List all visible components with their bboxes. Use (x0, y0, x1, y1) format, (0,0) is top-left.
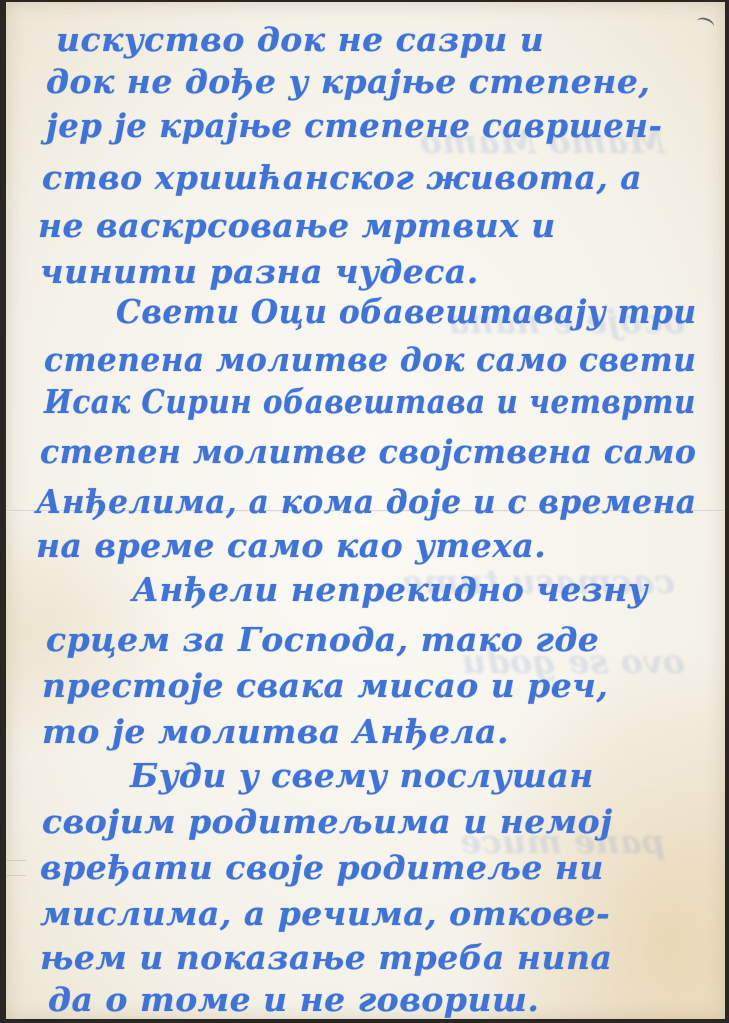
text-line: њем и показање треба нипа (40, 938, 612, 977)
text-line: Анђелима, а кома доје и с времена (36, 482, 697, 521)
text-line: ство хришћанског живота, а (42, 158, 642, 197)
text-line: то је молитва Анђела. (42, 712, 509, 751)
text-line: да о томе и не говориш. (48, 980, 539, 1019)
letter-page: Mamo Mamo ocoje e nana cacmasu tume ovo … (6, 2, 725, 1019)
text-line: Свети Оци обавештавају три (116, 292, 697, 331)
text-line: на време само као утеха. (36, 526, 546, 565)
text-line: док не дође у крајње степене, (46, 62, 650, 101)
text-line: степена молитве док само свети (44, 340, 696, 379)
text-line: искуство док не сазри и (56, 20, 544, 59)
text-line: чинити разна чудеса. (40, 252, 479, 291)
text-line: својим родитељима и немој (42, 802, 613, 841)
text-line: мислима, а речима, откове- (40, 894, 610, 933)
text-line: Анђели непрекидно чезну (132, 570, 648, 609)
handwritten-text: искуство док не сазри и док не дође у кр… (6, 2, 725, 1019)
text-line: не васкрсовање мртвих и (38, 206, 556, 245)
text-line: Исак Сирин обавештава и четврти (44, 382, 696, 421)
text-line: Буди у свему послушан (130, 756, 594, 795)
text-line: јер је крајње степене савршен- (46, 106, 662, 145)
text-line: степен молитве својствена само (40, 432, 696, 471)
text-line: престоје свака мисао и реч, (42, 666, 608, 705)
text-line: срцем за Господа, тако где (46, 620, 599, 659)
text-line: вређати своје родитеље ни (40, 848, 604, 887)
